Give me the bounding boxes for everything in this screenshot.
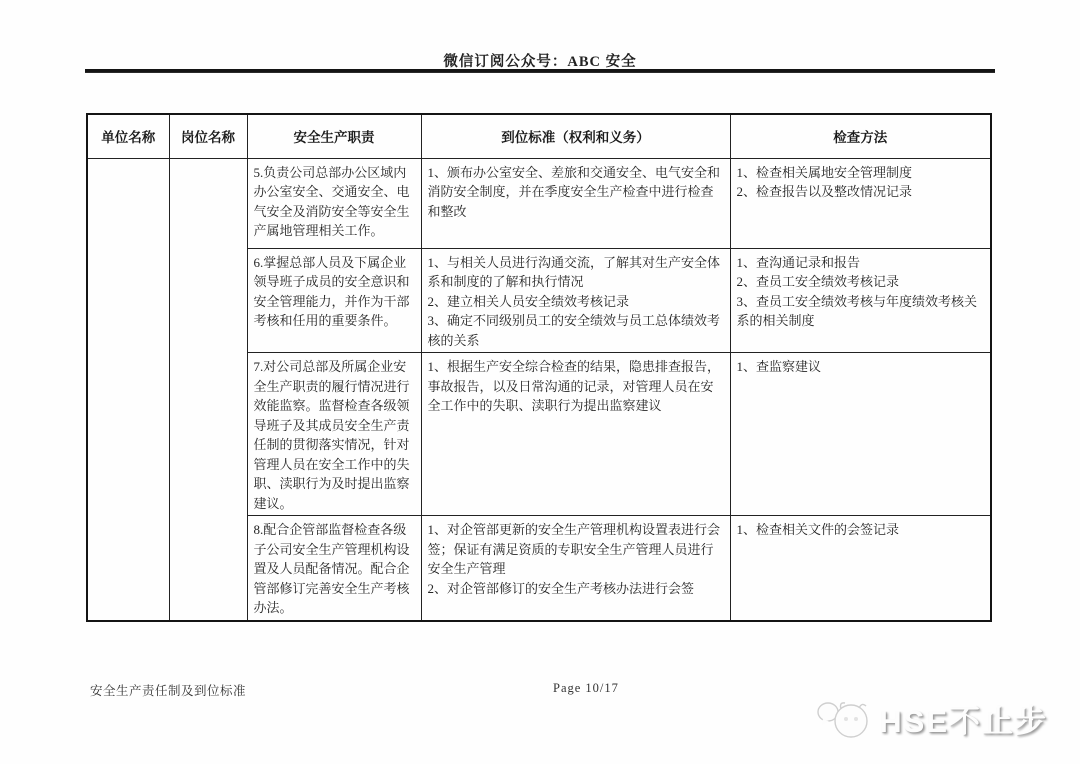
cell-unit-name <box>87 158 169 621</box>
cell-duty: 8.配合企管部监督检查各级子公司安全生产管理机构设置及人员配备情况。配合企管部修… <box>247 516 421 621</box>
cell-standard: 1、与相关人员进行沟通交流，了解其对生产安全体系和制度的了解和执行情况 2、建立… <box>421 248 730 353</box>
cell-duty: 6.掌握总部人员及下属企业领导班子成员的安全意识和安全管理能力，并作为干部考核和… <box>247 248 421 353</box>
cell-standard: 1、根据生产安全综合检查的结果，隐患排查报告，事故报告，以及日常沟通的记录，对管… <box>421 353 730 516</box>
cell-duty: 5.负责公司总部办公区域内办公室安全、交通安全、电气安全及消防安全等安全生产属地… <box>247 158 421 248</box>
cell-method: 1、检查相关文件的会签记录 <box>730 516 991 621</box>
table-row: 5.负责公司总部办公区域内办公室安全、交通安全、电气安全及消防安全等安全生产属地… <box>87 158 991 248</box>
header-title: 微信订阅公众号：ABC 安全 <box>0 50 1080 71</box>
chat-mascot-icon <box>815 695 873 741</box>
col-header-duty: 安全生产职责 <box>247 114 421 158</box>
table-header-row: 单位名称 岗位名称 安全生产职责 到位标准（权利和义务） 检查方法 <box>87 114 991 158</box>
cell-standard: 1、对企管部更新的安全生产管理机构设置表进行会签；保证有满足资质的专职安全生产管… <box>421 516 730 621</box>
col-header-method: 检查方法 <box>730 114 991 158</box>
document-page: 微信订阅公众号：ABC 安全 单位名称 岗位名称 安全生产职责 到位标准（权利和… <box>0 0 1080 764</box>
cell-method: 1、查沟通记录和报告 2、查员工安全绩效考核记录 3、查员工安全绩效考核与年度绩… <box>730 248 991 353</box>
watermark: HSE不止步 <box>815 695 1048 741</box>
col-header-unit-name: 单位名称 <box>87 114 169 158</box>
col-header-standard: 到位标准（权利和义务） <box>421 114 730 158</box>
cell-method: 1、检查相关属地安全管理制度 2、检查报告以及整改情况记录 <box>730 158 991 248</box>
col-header-post-name: 岗位名称 <box>169 114 247 158</box>
cell-standard: 1、颁布办公室安全、差旅和交通安全、电气安全和消防安全制度，并在季度安全生产检查… <box>421 158 730 248</box>
cell-post-name <box>169 158 247 621</box>
footer-page-number: Page 10/17 <box>553 681 619 696</box>
responsibility-table: 单位名称 岗位名称 安全生产职责 到位标准（权利和义务） 检查方法 5.负责公司… <box>86 113 992 622</box>
cell-method: 1、查监察建议 <box>730 353 991 516</box>
watermark-label: HSE不止步 <box>879 696 1048 741</box>
footer-document-title: 安全生产责任制及到位标准 <box>90 681 246 699</box>
header-divider <box>85 69 995 73</box>
cell-duty: 7.对公司总部及所属企业安全生产职责的履行情况进行效能监察。监督检查各级领导班子… <box>247 353 421 516</box>
